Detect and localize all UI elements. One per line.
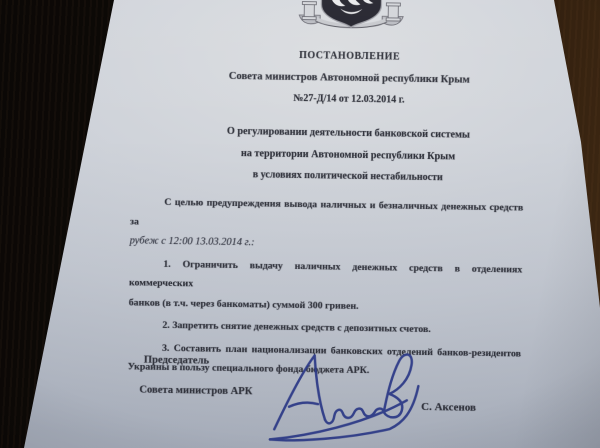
- item-1-line-1: 1. Ограничить выдачу наличных денежных с…: [129, 254, 523, 299]
- item-2: 2. Запретить снятие денежных средств с д…: [128, 315, 521, 341]
- issuer-heading: Совета министров Автономной республики К…: [152, 70, 546, 87]
- photo-of-decree-document: ПОСТАНОВЛЕНИЕ Совета министров Автономно…: [0, 0, 600, 448]
- intro-line-1: С целью предупреждения вывода наличных и…: [130, 192, 524, 237]
- title-line-2: на территории Автономной республики Крым: [151, 147, 545, 164]
- doc-type-heading: ПОСТАНОВЛЕНИЕ: [153, 48, 547, 65]
- item-1: 1. Ограничить выдачу наличных денежных с…: [129, 254, 523, 319]
- title-line-3: в условиях политической нестабильности: [151, 168, 545, 185]
- signatory-role-line-1: Председатель: [144, 355, 209, 367]
- document-content: ПОСТАНОВЛЕНИЕ Совета министров Автономно…: [0, 0, 600, 448]
- number-date-line: №27-Д/14 от 12.03.2014 г.: [152, 91, 546, 108]
- title-line-1: О регулировании деятельности банковской …: [151, 125, 545, 142]
- intro-paragraph: С целью предупреждения вывода наличных и…: [129, 192, 523, 257]
- signatory-role-line-2: Совета министров АРК: [139, 384, 252, 397]
- item-2-line-1: 2. Запретить снятие денежных средств с д…: [128, 315, 521, 341]
- signatory-name: С. Аксенов: [421, 401, 476, 414]
- handwritten-signature-icon: [265, 344, 445, 445]
- crimea-coat-of-arms-icon: [295, 0, 407, 32]
